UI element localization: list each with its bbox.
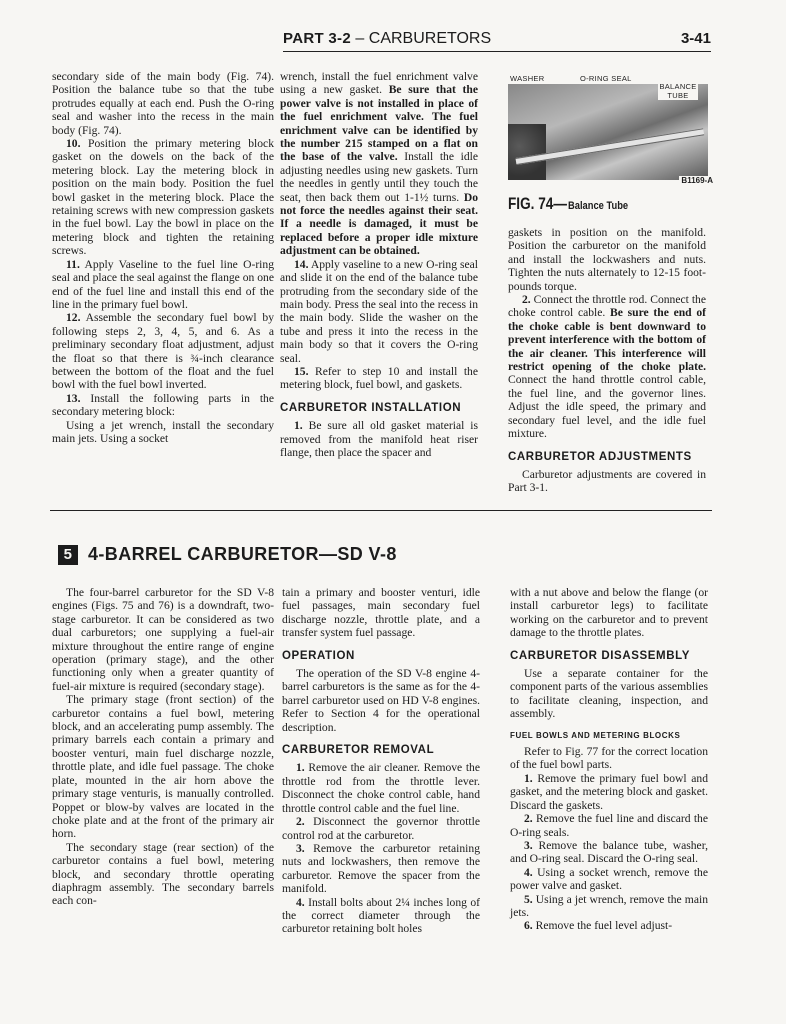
section5-column-3: with a nut above and below the flange (o… xyxy=(510,586,708,933)
removal-step-1: 1. Remove the air cleaner. Remove the th… xyxy=(282,761,480,815)
step-13: 13. Install the following parts in the s… xyxy=(52,392,274,419)
step-10: 10. Position the primary metering block … xyxy=(52,137,274,258)
section5-column-2: tain a primary and booster venturi, idle… xyxy=(282,586,480,936)
heading-operation: OPERATION xyxy=(282,650,480,663)
top-column-3: gaskets in position on the manifold. Pos… xyxy=(508,226,706,495)
heading-carburetor-installation: CARBURETOR INSTALLATION xyxy=(280,402,478,415)
paragraph: tain a primary and booster venturi, idle… xyxy=(282,586,480,640)
label-washer: WASHER xyxy=(510,74,544,83)
label-oring-seal: O-RING SEAL xyxy=(580,74,632,83)
heading-carburetor-removal: CARBURETOR REMOVAL xyxy=(282,744,480,757)
paragraph: The secondary stage (rear section) of th… xyxy=(52,841,274,908)
paragraph: The four-barrel carburetor for the SD V-… xyxy=(52,586,274,693)
section-name: – CARBURETORS xyxy=(355,30,491,47)
paragraph: Refer to Fig. 77 for the correct locatio… xyxy=(510,745,708,772)
paragraph: The operation of the SD V-8 engine 4-bar… xyxy=(282,667,480,734)
heading-carburetor-adjustments: CARBURETOR ADJUSTMENTS xyxy=(508,451,706,464)
disassembly-step-6: 6. Remove the fuel level adjust- xyxy=(510,919,708,932)
section-divider xyxy=(50,510,712,511)
paragraph: secondary side of the main body (Fig. 74… xyxy=(52,70,274,137)
paragraph: wrench, install the fuel enrichment valv… xyxy=(280,70,478,258)
disassembly-step-3: 3. Remove the balance tube, washer, and … xyxy=(510,839,708,866)
section-5-heading: 5 4-BARREL CARBURETOR—SD V-8 xyxy=(58,544,397,565)
section-number-badge: 5 xyxy=(58,545,78,565)
label-balance-tube: BALANCE TUBE xyxy=(658,82,698,100)
install-step-2: 2. Connect the throttle rod. Connect the… xyxy=(508,293,706,440)
section5-column-1: The four-barrel carburetor for the SD V-… xyxy=(52,586,274,908)
removal-step-4: 4. Install bolts about 2¼ inches long of… xyxy=(282,896,480,936)
step-12: 12. Assemble the secondary fuel bowl by … xyxy=(52,311,274,391)
disassembly-step-1: 1. Remove the primary fuel bowl and gask… xyxy=(510,772,708,812)
removal-step-2: 2. Disconnect the governor throttle cont… xyxy=(282,815,480,842)
paragraph: The primary stage (front section) of the… xyxy=(52,693,274,840)
paragraph: Use a separate container for the compone… xyxy=(510,667,708,721)
top-column-2: wrench, install the fuel enrichment valv… xyxy=(280,70,478,459)
figure-caption: FIG. 74—Balance Tube xyxy=(508,194,638,214)
paragraph: with a nut above and below the flange (o… xyxy=(510,586,708,640)
disassembly-step-4: 4. Using a socket wrench, remove the pow… xyxy=(510,866,708,893)
install-step-1: 1. Be sure all old gasket material is re… xyxy=(280,419,478,459)
step-15: 15. Refer to step 10 and install the met… xyxy=(280,365,478,392)
figure-code: B1169-A xyxy=(679,176,713,185)
subheading-fuel-bowls: FUEL BOWLS AND METERING BLOCKS xyxy=(510,729,708,742)
paragraph: gaskets in position on the manifold. Pos… xyxy=(508,226,706,293)
page-number: 3-41 xyxy=(681,30,711,47)
page-header: PART 3-2 – CARBURETORS 3-41 xyxy=(283,30,711,52)
step-14: 14. Apply vaseline to a new O-ring seal … xyxy=(280,258,478,365)
disassembly-step-2: 2. Remove the fuel line and discard the … xyxy=(510,812,708,839)
top-column-1: secondary side of the main body (Fig. 74… xyxy=(52,70,274,445)
figure-74-balance-tube: WASHER O-RING SEAL BALANCE TUBE B1169-A xyxy=(508,70,713,200)
heading-carburetor-disassembly: CARBURETOR DISASSEMBLY xyxy=(510,650,708,663)
removal-step-3: 3. Remove the carburetor retaining nuts … xyxy=(282,842,480,896)
part-title: PART 3-2 – CARBURETORS xyxy=(283,30,491,48)
disassembly-step-5: 5. Using a jet wrench, remove the main j… xyxy=(510,893,708,920)
paragraph: Carburetor adjustments are covered in Pa… xyxy=(508,468,706,495)
section-title: 4-BARREL CARBURETOR—SD V-8 xyxy=(88,544,397,565)
step-11: 11. Apply Vaseline to the fuel line O-ri… xyxy=(52,258,274,312)
paragraph: Using a jet wrench, install the secondar… xyxy=(52,419,274,446)
